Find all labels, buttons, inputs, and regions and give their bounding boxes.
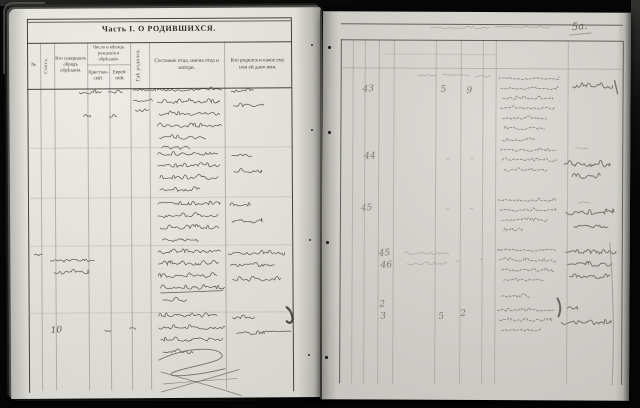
handwritten-entry — [443, 74, 469, 75]
handwritten-entry — [163, 349, 193, 354]
binding-fold — [320, 10, 322, 399]
handwritten-entry — [504, 126, 544, 129]
handwritten-entry — [501, 329, 541, 331]
handwritten-entry — [263, 331, 291, 332]
section-title: Часть I. О РОДИВШИХСЯ. — [27, 23, 291, 34]
handwritten-entry — [161, 285, 225, 290]
ditto-mark: – — [446, 156, 450, 163]
handwritten-entry — [163, 297, 187, 301]
column-header-birthplace: Гдѣ родился. — [130, 42, 149, 88]
handwritten-entry — [566, 249, 616, 253]
table-rule — [87, 42, 90, 390]
handwritten-entry — [501, 86, 559, 89]
handwritten-entry — [158, 249, 220, 254]
handwritten-entry — [502, 218, 548, 222]
ditto-mark: – — [446, 206, 450, 213]
column-header-count-label: Счетъ. — [44, 57, 51, 74]
table-rule — [28, 146, 292, 149]
table-rule — [621, 41, 624, 385]
handwritten-entry — [159, 111, 219, 116]
handwritten-entry — [158, 151, 218, 155]
handwritten-entry — [160, 174, 218, 179]
table-rule — [27, 17, 291, 20]
handwritten-number: 45 — [378, 249, 390, 259]
handwritten-number: 3 — [380, 312, 386, 321]
table-rule — [27, 20, 291, 23]
handwritten-entry — [158, 123, 222, 128]
handwritten-entry — [108, 90, 122, 93]
handwritten-entry — [135, 109, 148, 111]
handwritten-entry — [504, 278, 544, 281]
handwritten-entry — [232, 218, 262, 223]
ditto-mark: – — [470, 155, 474, 162]
handwritten-entry — [162, 238, 198, 241]
handwritten-entry — [158, 163, 220, 168]
handwritten-number: 2 — [379, 300, 385, 309]
column-header-number: № — [27, 43, 40, 89]
handwritten-entry — [79, 90, 101, 94]
handwritten-number: 44 — [364, 152, 376, 162]
handwritten-entry — [500, 258, 556, 262]
handwritten-entry — [499, 318, 551, 322]
table-rule — [392, 40, 395, 384]
handwritten-entry — [557, 298, 560, 316]
handwritten-number: 5 — [438, 313, 444, 322]
handwritten-entry — [157, 98, 219, 103]
handwritten-entry — [500, 148, 556, 152]
handwritten-entry — [504, 228, 524, 231]
handwritten-entry — [54, 269, 88, 274]
handwritten-entry — [431, 26, 489, 29]
table-rule — [339, 39, 342, 383]
handwritten-entry — [502, 158, 556, 162]
handwritten-entry — [498, 198, 556, 202]
handwritten-entry — [501, 106, 555, 109]
handwritten-entry — [161, 372, 241, 396]
handwritten-entry — [495, 26, 550, 28]
handwritten-entry — [564, 160, 610, 167]
column-header-date-jewish: Еврей­скій. — [109, 64, 130, 88]
handwritten-entry — [231, 88, 253, 92]
column-header-date-christian: Христіан­скій. — [87, 64, 109, 88]
handwritten-number: 9 — [466, 87, 472, 96]
handwritten-entry — [160, 134, 206, 139]
table-rule — [224, 42, 227, 390]
handwritten-entry — [160, 224, 218, 229]
handwritten-entry — [232, 154, 252, 156]
table-rule — [383, 54, 496, 56]
column-header-parents: Состояніе отца, имена отца и матери. — [149, 42, 224, 88]
handwritten-entry — [498, 249, 556, 251]
handwritten-entry — [578, 201, 590, 203]
table-rule — [27, 87, 291, 90]
archival-scan: Часть I. О РОДИВШИХСЯ. № Счетъ. Кто сове… — [0, 0, 640, 408]
handwritten-number: 5 — [440, 86, 446, 95]
handwritten-entry — [158, 273, 216, 278]
handwritten-number: 45 — [361, 204, 373, 214]
handwritten-entry — [502, 138, 536, 142]
handwritten-entry — [233, 103, 263, 107]
column-header-date-group: Число и мѣсяцъ рожденія и обрѣзанія. — [87, 42, 130, 64]
handwritten-number: 46 — [380, 261, 392, 271]
handwritten-entry — [407, 262, 447, 265]
handwritten-entry — [504, 168, 548, 172]
handwritten-entry — [572, 173, 600, 178]
table-rule — [149, 42, 152, 390]
handwritten-entry — [159, 349, 225, 376]
table-rule — [434, 40, 437, 384]
handwritten-entry — [497, 308, 553, 312]
handwritten-number: 2 — [460, 310, 466, 319]
handwritten-entry — [230, 262, 274, 267]
handwritten-entry — [232, 276, 280, 281]
table-rule — [29, 311, 293, 314]
handwritten-entry — [158, 212, 218, 217]
handwritten-entry — [561, 319, 611, 325]
handwritten-entry — [418, 74, 436, 76]
right-page: 5а. 43 5 9 44 – – 45 – – 45 46 – – 2 3 5… — [321, 11, 631, 401]
table-rule — [28, 196, 292, 199]
handwritten-entry — [499, 76, 559, 80]
handwritten-entry — [503, 96, 553, 100]
handwritten-entry — [161, 291, 223, 293]
handwritten-entry — [237, 331, 265, 335]
table-rule — [109, 64, 112, 390]
table-rule — [351, 39, 354, 383]
handwritten-entry — [405, 252, 449, 255]
table-rule — [28, 244, 292, 247]
handwritten-entry — [158, 201, 220, 205]
top-edge-highlight — [0, 0, 640, 6]
handwritten-entry — [159, 313, 217, 318]
handwritten-entry — [133, 89, 155, 91]
column-header-child-name: Кто родился и какое ему или ей дано имя. — [224, 41, 291, 87]
handwritten-entry — [500, 208, 556, 212]
table-rule — [377, 39, 380, 383]
handwritten-entry — [568, 261, 612, 266]
table-rule — [291, 17, 294, 391]
table-rule — [459, 40, 462, 384]
handwritten-entry — [609, 243, 614, 385]
handwritten-entry — [233, 315, 255, 319]
handwritten-entry — [109, 114, 116, 117]
handwritten-entry — [159, 324, 225, 329]
handwritten-entry — [615, 81, 618, 94]
handwritten-entry — [566, 209, 614, 215]
right-edge-highlight — [631, 0, 640, 200]
handwritten-entry — [567, 307, 577, 310]
handwritten-entry — [502, 116, 546, 119]
handwritten-entry — [161, 370, 239, 392]
handwritten-entry — [230, 203, 250, 206]
column-header-count: Счетъ. — [40, 43, 54, 89]
handwritten-entry — [158, 260, 218, 265]
column-header-birthplace-label: Гдѣ родился. — [136, 48, 143, 81]
handwritten-entry — [234, 168, 262, 173]
ditto-mark: – — [470, 205, 474, 212]
table-rule — [566, 40, 569, 384]
handwritten-entry — [228, 250, 284, 255]
handwritten-entry — [502, 294, 530, 298]
table-rule — [130, 42, 133, 390]
column-header-mohel: Кто совершалъ обрядъ обрѣзанія. — [54, 42, 87, 88]
table-rule — [494, 40, 497, 384]
table-rule — [54, 43, 57, 391]
table-rule — [40, 43, 43, 391]
handwritten-entry — [573, 83, 613, 89]
handwritten-entry — [575, 148, 587, 149]
handwritten-entry — [160, 187, 200, 192]
handwritten-entry — [161, 337, 223, 342]
table-rule — [481, 40, 484, 384]
left-page: Часть I. О РОДИВШИХСЯ. № Счетъ. Кто сове… — [9, 7, 323, 399]
handwritten-entry — [502, 268, 554, 272]
table-rule — [341, 23, 623, 25]
handwritten-entry — [574, 225, 608, 228]
handwritten-entry — [570, 274, 610, 279]
